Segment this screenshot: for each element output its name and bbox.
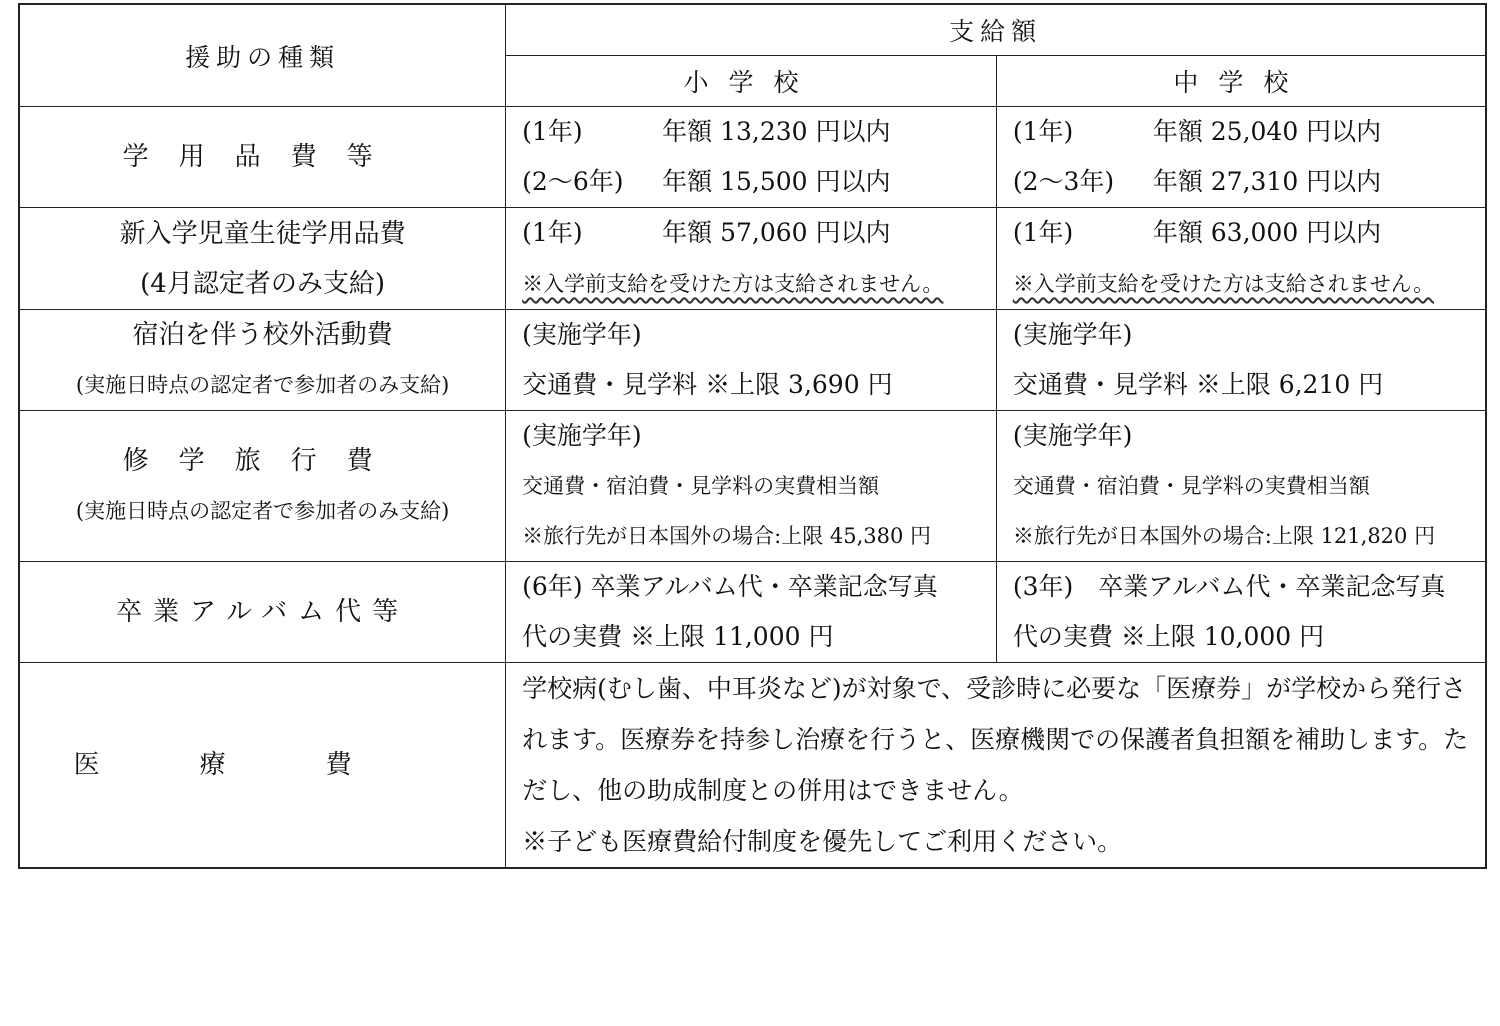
amount-text: 年額 57,060 円以内 <box>662 218 890 247</box>
kind-cell: 医療費 <box>19 663 506 869</box>
amount-text: 交通費・宿泊費・見学料の実費相当額 <box>522 461 996 511</box>
medical-priority-note: ※子ども医療費給付制度を優先してご利用ください。 <box>522 816 1471 867</box>
kind-cell: 修学旅行費 (実施日時点の認定者で参加者のみ支給) <box>19 411 506 562</box>
kind-label: 医療費 <box>74 750 452 780</box>
junior-high-cell: (実施学年) 交通費・宿泊費・見学料の実費相当額 ※旅行先が日本国外の場合:上限… <box>996 411 1486 562</box>
kind-cell: 宿泊を伴う校外活動費 (実施日時点の認定者で参加者のみ支給) <box>19 310 506 411</box>
kind-label: 新入学児童生徒学用品費 <box>20 209 505 259</box>
medical-description-cell: 学校病(むし歯、中耳炎など)が対象で、受診時に必要な「医療券」が学校から発行さ … <box>506 663 1486 869</box>
grade-label: (実施学年) <box>1013 411 1485 461</box>
grade-label: (2～3年) <box>1013 157 1153 207</box>
medical-text-line: だし、他の助成制度との併用はできません。 <box>522 765 1471 816</box>
elementary-cell: (実施学年) 交通費・見学料 ※上限 3,690 円 <box>506 310 997 411</box>
kind-note: (実施日時点の認定者で参加者のみ支給) <box>20 360 505 410</box>
amount-text: 年額 25,040 円以内 <box>1153 117 1381 146</box>
junior-high-cell: (3年) 卒業アルバム代・卒業記念写真 代の実費 ※上限 10,000 円 <box>996 562 1486 663</box>
amount-text: 年額 15,500 円以内 <box>662 167 890 196</box>
medical-text-line: れます。医療券を持参し治療を行うと、医療機関での保護者負担額を補助します。た <box>522 714 1471 765</box>
pre-enrollment-note: ※入学前支給を受けた方は支給されません。 <box>522 272 943 296</box>
elementary-cell: (1年)年額 57,060 円以内 ※入学前支給を受けた方は支給されません。 <box>506 208 997 310</box>
album-text-line2: 代の実費 ※上限 10,000 円 <box>1013 612 1485 662</box>
header-kind: 援助の種類 <box>19 4 506 107</box>
album-text-line1: (3年) 卒業アルバム代・卒業記念写真 <box>1013 562 1485 612</box>
header-amount: 支給額 <box>506 4 1486 56</box>
kind-label: 卒業アルバム代等 <box>116 597 409 627</box>
elementary-cell: (実施学年) 交通費・宿泊費・見学料の実費相当額 ※旅行先が日本国外の場合:上限… <box>506 411 997 562</box>
kind-cell: 学用品費等 <box>19 107 506 208</box>
table-row: 修学旅行費 (実施日時点の認定者で参加者のみ支給) (実施学年) 交通費・宿泊費… <box>19 411 1486 562</box>
amount-text: 年額 63,000 円以内 <box>1153 218 1381 247</box>
table-row: 学用品費等 (1年)年額 13,230 円以内 (2～6年)年額 15,500 … <box>19 107 1486 208</box>
grade-label: (1年) <box>522 107 662 157</box>
table-row: 卒業アルバム代等 (6年) 卒業アルバム代・卒業記念写真 代の実費 ※上限 11… <box>19 562 1486 663</box>
grade-label: (実施学年) <box>522 411 996 461</box>
medical-text-line: 学校病(むし歯、中耳炎など)が対象で、受診時に必要な「医療券」が学校から発行さ <box>522 663 1471 714</box>
grade-label: (1年) <box>1013 208 1153 258</box>
grade-label: (実施学年) <box>1013 310 1485 360</box>
kind-cell: 卒業アルバム代等 <box>19 562 506 663</box>
grade-label: (2～6年) <box>522 157 662 207</box>
album-text-line1: (6年) 卒業アルバム代・卒業記念写真 <box>522 562 996 612</box>
overseas-limit-note: ※旅行先が日本国外の場合:上限 45,380 円 <box>522 511 996 561</box>
kind-note: (実施日時点の認定者で参加者のみ支給) <box>20 486 505 536</box>
grade-label: (1年) <box>1013 107 1153 157</box>
pre-enrollment-note: ※入学前支給を受けた方は支給されません。 <box>1013 272 1434 296</box>
amount-text: 年額 13,230 円以内 <box>662 117 890 146</box>
school-aid-table: 援助の種類 支給額 小学校 中学校 学用品費等 (1年)年額 13,230 円以… <box>18 3 1487 869</box>
junior-high-cell: (1年)年額 63,000 円以内 ※入学前支給を受けた方は支給されません。 <box>996 208 1486 310</box>
amount-text: 年額 27,310 円以内 <box>1153 167 1381 196</box>
kind-cell: 新入学児童生徒学用品費 (4月認定者のみ支給) <box>19 208 506 310</box>
grade-label: (1年) <box>522 208 662 258</box>
header-row-top: 援助の種類 支給額 <box>19 4 1486 56</box>
header-elementary: 小学校 <box>506 56 997 107</box>
kind-note: (4月認定者のみ支給) <box>20 259 505 309</box>
amount-text: 交通費・見学料 ※上限 6,210 円 <box>1013 360 1485 410</box>
table-row: 医療費 学校病(むし歯、中耳炎など)が対象で、受診時に必要な「医療券」が学校から… <box>19 663 1486 869</box>
junior-high-cell: (1年)年額 25,040 円以内 (2～3年)年額 27,310 円以内 <box>996 107 1486 208</box>
amount-text: 交通費・見学料 ※上限 3,690 円 <box>522 360 996 410</box>
kind-label: 学用品費等 <box>123 142 403 172</box>
overseas-limit-note: ※旅行先が日本国外の場合:上限 121,820 円 <box>1013 511 1485 561</box>
grade-label: (実施学年) <box>522 310 996 360</box>
album-text-line2: 代の実費 ※上限 11,000 円 <box>522 612 996 662</box>
table-row: 新入学児童生徒学用品費 (4月認定者のみ支給) (1年)年額 57,060 円以… <box>19 208 1486 310</box>
amount-text: 交通費・宿泊費・見学料の実費相当額 <box>1013 461 1485 511</box>
elementary-cell: (6年) 卒業アルバム代・卒業記念写真 代の実費 ※上限 11,000 円 <box>506 562 997 663</box>
elementary-cell: (1年)年額 13,230 円以内 (2～6年)年額 15,500 円以内 <box>506 107 997 208</box>
kind-label: 宿泊を伴う校外活動費 <box>20 310 505 360</box>
kind-label: 修学旅行費 <box>20 436 505 486</box>
header-junior-high: 中学校 <box>996 56 1486 107</box>
junior-high-cell: (実施学年) 交通費・見学料 ※上限 6,210 円 <box>996 310 1486 411</box>
table-row: 宿泊を伴う校外活動費 (実施日時点の認定者で参加者のみ支給) (実施学年) 交通… <box>19 310 1486 411</box>
